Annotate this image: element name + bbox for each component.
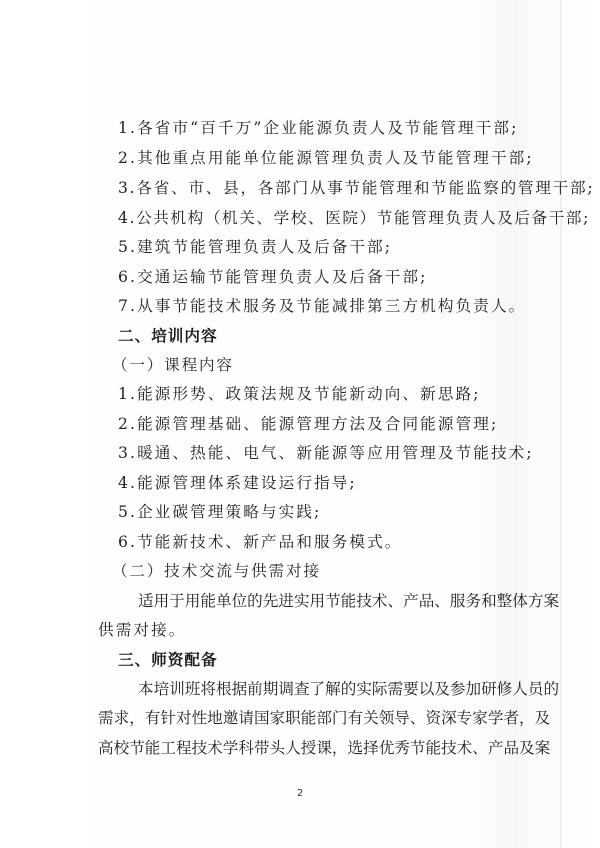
scan-edge-shadow — [560, 0, 562, 848]
section-heading-faculty: 三、师资配备 — [118, 649, 218, 671]
page-number: 2 — [290, 788, 310, 799]
subheading-tech-exchange: （二）技术交流与供需对接 — [112, 560, 321, 582]
course-item-2: 2.能源管理基础、能源管理方法及合同能源管理; — [118, 413, 498, 435]
participant-item-7: 7.从事节能技术服务及节能减排第三方机构负责人。 — [118, 295, 526, 317]
paragraph-line: 适用于用能单位的先进实用节能技术、产品、服务和整体方案 — [138, 590, 520, 612]
paragraph-line: 本培训班将根据前期调查了解的实际需要以及参加研修人员的 — [138, 678, 520, 700]
participant-item-4: 4.公共机构（机关、学校、医院）节能管理负责人及后备干部; — [118, 207, 590, 229]
course-item-6: 6.节能新技术、新产品和服务模式。 — [118, 531, 402, 553]
course-item-4: 4.能源管理体系建设运行指导; — [118, 472, 357, 494]
participant-item-1: 1.各省市“百千万”企业能源负责人及节能管理干部; — [118, 117, 518, 139]
section-heading-training-content: 二、培训内容 — [118, 325, 218, 347]
course-item-1: 1.能源形势、政策法规及节能新动向、新思路; — [118, 383, 481, 405]
subheading-course-content: （一）课程内容 — [112, 354, 234, 376]
course-item-3: 3.暖通、热能、电气、新能源等应用管理及节能技术; — [118, 442, 534, 464]
participant-item-3: 3.各省、市、县，各部门从事节能管理和节能监察的管理干部; — [118, 177, 594, 199]
participant-item-5: 5.建筑节能管理负责人及后备干部; — [118, 236, 392, 258]
participant-item-2: 2.其他重点用能单位能源管理负责人及节能管理干部; — [118, 147, 534, 169]
paragraph-line: 供需对接。 — [98, 619, 186, 641]
course-item-5: 5.企业碳管理策略与实践; — [118, 501, 321, 523]
document-page: 1.各省市“百千万”企业能源负责人及节能管理干部; 2.其他重点用能单位能源管理… — [0, 0, 600, 848]
participant-item-6: 6.交通运输节能管理负责人及后备干部; — [118, 266, 428, 288]
paragraph-line: 高校节能工程技术学科带头人授课，选择优秀节能技术、产品及案 — [98, 737, 520, 759]
paragraph-line: 需求，有针对性地邀请国家职能部门有关领导、资深专家学者，及 — [98, 707, 520, 729]
